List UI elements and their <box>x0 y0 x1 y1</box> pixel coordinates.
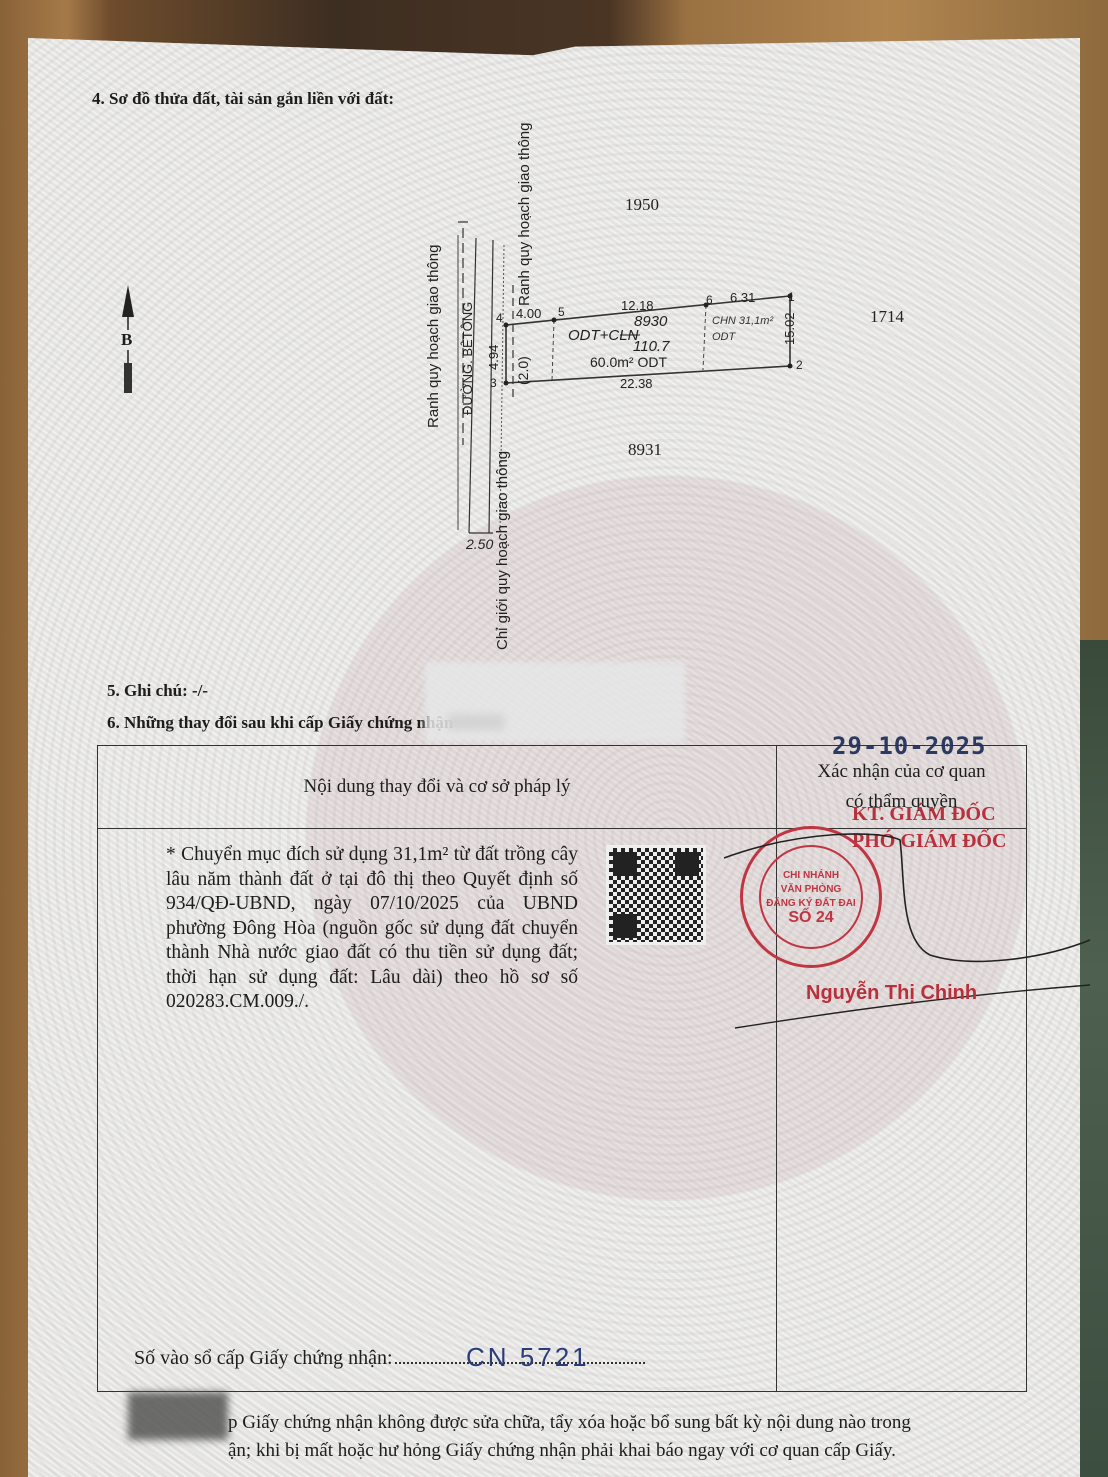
footer-line-2: ận; khi bị mất hoặc hư hỏng Giấy chứng n… <box>228 1440 896 1462</box>
redacted-area <box>128 1392 228 1440</box>
signer-name: Nguyễn Thị Chinh <box>806 982 977 1005</box>
signature-strokes <box>0 0 1108 1477</box>
register-number-value: CN 5721 <box>466 1342 590 1373</box>
footer-line-1: p Giấy chứng nhận không được sửa chữa, t… <box>228 1412 911 1434</box>
